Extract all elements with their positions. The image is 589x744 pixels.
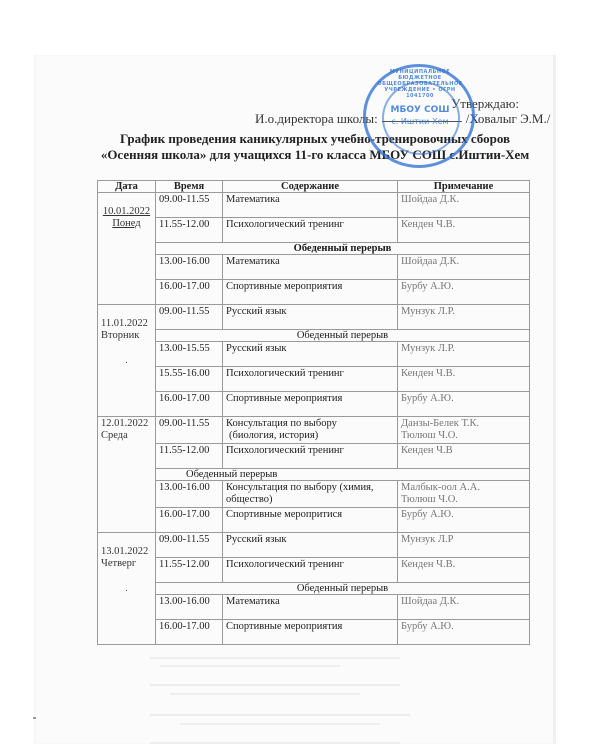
stamp-center-name: МБОУ СОШ xyxy=(388,105,452,115)
table-row: 15.55-16.00 Психологический тренинг Кенд… xyxy=(98,367,530,392)
content-cell: Спортивные меропритися xyxy=(223,508,398,533)
school-stamp: МУНИЦИПАЛЬНОЕ БЮДЖЕТНОЕ ОБЩЕОБРАЗОВАТЕЛЬ… xyxy=(363,64,475,168)
date-value: 11.01.2022 xyxy=(101,306,152,330)
lunch-break-label: Обеденный перерыв xyxy=(156,469,530,481)
note-cell: Бурбу А.Ю. xyxy=(398,392,530,417)
time-cell: 15.55-16.00 xyxy=(156,367,223,392)
date-value: 12.01.2022 xyxy=(101,418,152,430)
weekday-value: Среда xyxy=(101,430,152,442)
note-cell: Бурбу А.Ю. xyxy=(398,280,530,305)
time-cell: 16.00-17.00 xyxy=(156,508,223,533)
content-cell: Русский язык xyxy=(223,305,398,330)
content-cell: Консультация по выбору (биология, истори… xyxy=(223,417,398,444)
title-line-2: «Осенняя школа» для учащихся 11-го класс… xyxy=(90,147,540,163)
note-cell: Малбык-оол А.А. Тюлюш Ч.О. xyxy=(398,481,530,508)
table-row: 11.55-12.00 Психологический тренинг Кенд… xyxy=(98,218,530,243)
time-cell: 16.00-17.00 xyxy=(156,620,223,645)
note-line-2: Тюлюш Ч.О. xyxy=(401,430,526,442)
bleed-through-line xyxy=(170,693,360,695)
header-content: Содержание xyxy=(223,181,398,193)
content-line-2: общество) xyxy=(226,494,394,506)
title-line-1: График проведения каникулярных учебно-тр… xyxy=(90,131,540,147)
table-row: 13.00-16.00 Математика Шойдаа Д.К. xyxy=(98,255,530,280)
weekday-value: Вторник xyxy=(101,330,152,342)
note-cell: Мунзук Л.Р. xyxy=(398,342,530,367)
lunch-break-label: Обеденный перерыв xyxy=(156,243,530,255)
time-cell: 11.55-12.00 xyxy=(156,558,223,583)
time-cell: 09.00-11.55 xyxy=(156,193,223,218)
time-cell: 16.00-17.00 xyxy=(156,280,223,305)
header-note: Примечание xyxy=(398,181,530,193)
table-row: 13.00-16.00 Математика Шойдаа Д.К. xyxy=(98,595,530,620)
time-cell: 09.00-11.55 xyxy=(156,533,223,558)
table-row: 12.01.2022 Среда 09.00-11.55 Консультаци… xyxy=(98,417,530,444)
table-row: 13.01.2022 Четверг · 09.00-11.55 Русский… xyxy=(98,533,530,558)
time-cell: 16.00-17.00 xyxy=(156,392,223,417)
lunch-break-row: Обеденный перерыв xyxy=(98,469,530,481)
date-cell: 13.01.2022 Четверг · xyxy=(98,533,156,645)
table-row: 11.01.2022 Вторник · 09.00-11.55 Русский… xyxy=(98,305,530,330)
note-cell: Шойдаа Д.К. xyxy=(398,193,530,218)
table-row: 16.00-17.00 Спортивные мероприятия Бурбу… xyxy=(98,392,530,417)
weekday-value: Понед xyxy=(101,218,152,230)
note-cell: Бурбу А.Ю. xyxy=(398,620,530,645)
bleed-through-line xyxy=(150,684,400,686)
bleed-through-line xyxy=(150,657,400,659)
table-row: 11.55-12.00 Психологический тренинг Кенд… xyxy=(98,558,530,583)
content-cell: Математика xyxy=(223,193,398,218)
bleed-through-line xyxy=(180,723,380,725)
lunch-break-row: Обеденный перерыв xyxy=(98,330,530,342)
schedule-table: Дата Время Содержание Примечание 10.01.2… xyxy=(97,180,530,645)
table-row: 16.00-17.00 Спортивные мероприятия Бурбу… xyxy=(98,280,530,305)
director-name: /Ховалыг Э.М./ xyxy=(466,111,551,126)
stamp-ring-text: МУНИЦИПАЛЬНОЕ БЮДЖЕТНОЕ ОБЩЕОБРАЗОВАТЕЛЬ… xyxy=(370,69,470,99)
content-cell: Психологический тренинг xyxy=(223,218,398,243)
date-cell: 11.01.2022 Вторник · xyxy=(98,305,156,417)
note-cell: Мунзук Л.Р. xyxy=(398,305,530,330)
table-row: 13.00-15.55 Русский язык Мунзук Л.Р. xyxy=(98,342,530,367)
weekday-value: Четверг xyxy=(101,558,152,570)
content-cell: Психологический тренинг xyxy=(223,367,398,392)
note-cell: Кенден Ч.В. xyxy=(398,218,530,243)
table-header-row: Дата Время Содержание Примечание xyxy=(98,181,530,193)
note-line-1: Данзы-Белек Т.К. xyxy=(401,418,526,430)
header-time: Время xyxy=(156,181,223,193)
table-row: 16.00-17.00 Спортивные меропритися Бурбу… xyxy=(98,508,530,533)
note-cell: Кенден Ч.В xyxy=(398,444,530,469)
date-value: 13.01.2022 xyxy=(101,534,152,558)
content-line-1: Консультация по выбору (химия, xyxy=(226,482,394,494)
time-cell: 09.00-11.55 xyxy=(156,417,223,444)
content-cell: Русский язык xyxy=(223,533,398,558)
note-cell: Бурбу А.Ю. xyxy=(398,508,530,533)
content-line-2: (биология, история) xyxy=(226,430,394,442)
content-cell: Спортивные мероприятия xyxy=(223,620,398,645)
content-cell: Психологический тренинг xyxy=(223,444,398,469)
table-row: 13.00-16.00 Консультация по выбору (хими… xyxy=(98,481,530,508)
note-line-2: Тюлюш Ч.О. xyxy=(401,494,526,506)
table-row: 16.00-17.00 Спортивные мероприятия Бурбу… xyxy=(98,620,530,645)
stamp-center-village: с. Иштии-Хем xyxy=(388,117,452,126)
time-cell: 11.55-12.00 xyxy=(156,218,223,243)
time-cell: 13.00-16.00 xyxy=(156,255,223,280)
date-cell: 12.01.2022 Среда xyxy=(98,417,156,533)
time-cell: 11.55-12.00 xyxy=(156,444,223,469)
scan-dot: · xyxy=(101,586,152,598)
lunch-break-label: Обеденный перерыв xyxy=(156,330,530,342)
content-cell: Спортивные мероприятия xyxy=(223,392,398,417)
content-line-1: Консультация по выбору xyxy=(226,418,394,430)
time-cell: 13.00-15.55 xyxy=(156,342,223,367)
note-cell: Кенден Ч.В. xyxy=(398,558,530,583)
bleed-through-line xyxy=(160,665,340,667)
time-cell: 13.00-16.00 xyxy=(156,595,223,620)
page-edge xyxy=(553,55,556,744)
content-cell: Психологический тренинг xyxy=(223,558,398,583)
table-row: 11.55-12.00 Психологический тренинг Кенд… xyxy=(98,444,530,469)
time-cell: 09.00-11.55 xyxy=(156,305,223,330)
table-row: 10.01.2022 Понед 09.00-11.55 Математика … xyxy=(98,193,530,218)
lunch-break-row: Обеденный перерыв xyxy=(98,583,530,595)
note-line-1: Малбык-оол А.А. xyxy=(401,482,526,494)
director-label: И.о.директора школы: xyxy=(255,111,378,126)
content-cell: Русский язык xyxy=(223,342,398,367)
note-cell: Кенден Ч.В. xyxy=(398,367,530,392)
scan-mark xyxy=(33,717,36,719)
scan-dot: · xyxy=(101,358,152,370)
content-cell: Математика xyxy=(223,595,398,620)
lunch-break-label: Обеденный перерыв xyxy=(156,583,530,595)
note-cell: Шойдаа Д.К. xyxy=(398,595,530,620)
content-cell: Консультация по выбору (химия, общество) xyxy=(223,481,398,508)
note-cell: Мунзук Л.Р xyxy=(398,533,530,558)
document-title: График проведения каникулярных учебно-тр… xyxy=(90,131,540,163)
lunch-break-row: Обеденный перерыв xyxy=(98,243,530,255)
date-cell: 10.01.2022 Понед xyxy=(98,193,156,305)
content-cell: Спортивные мероприятия xyxy=(223,280,398,305)
date-value: 10.01.2022 xyxy=(101,194,152,218)
time-cell: 13.00-16.00 xyxy=(156,481,223,508)
note-cell: Данзы-Белек Т.К. Тюлюш Ч.О. xyxy=(398,417,530,444)
header-date: Дата xyxy=(98,181,156,193)
bleed-through-line xyxy=(150,714,410,716)
content-cell: Математика xyxy=(223,255,398,280)
note-cell: Шойдаа Д.К. xyxy=(398,255,530,280)
